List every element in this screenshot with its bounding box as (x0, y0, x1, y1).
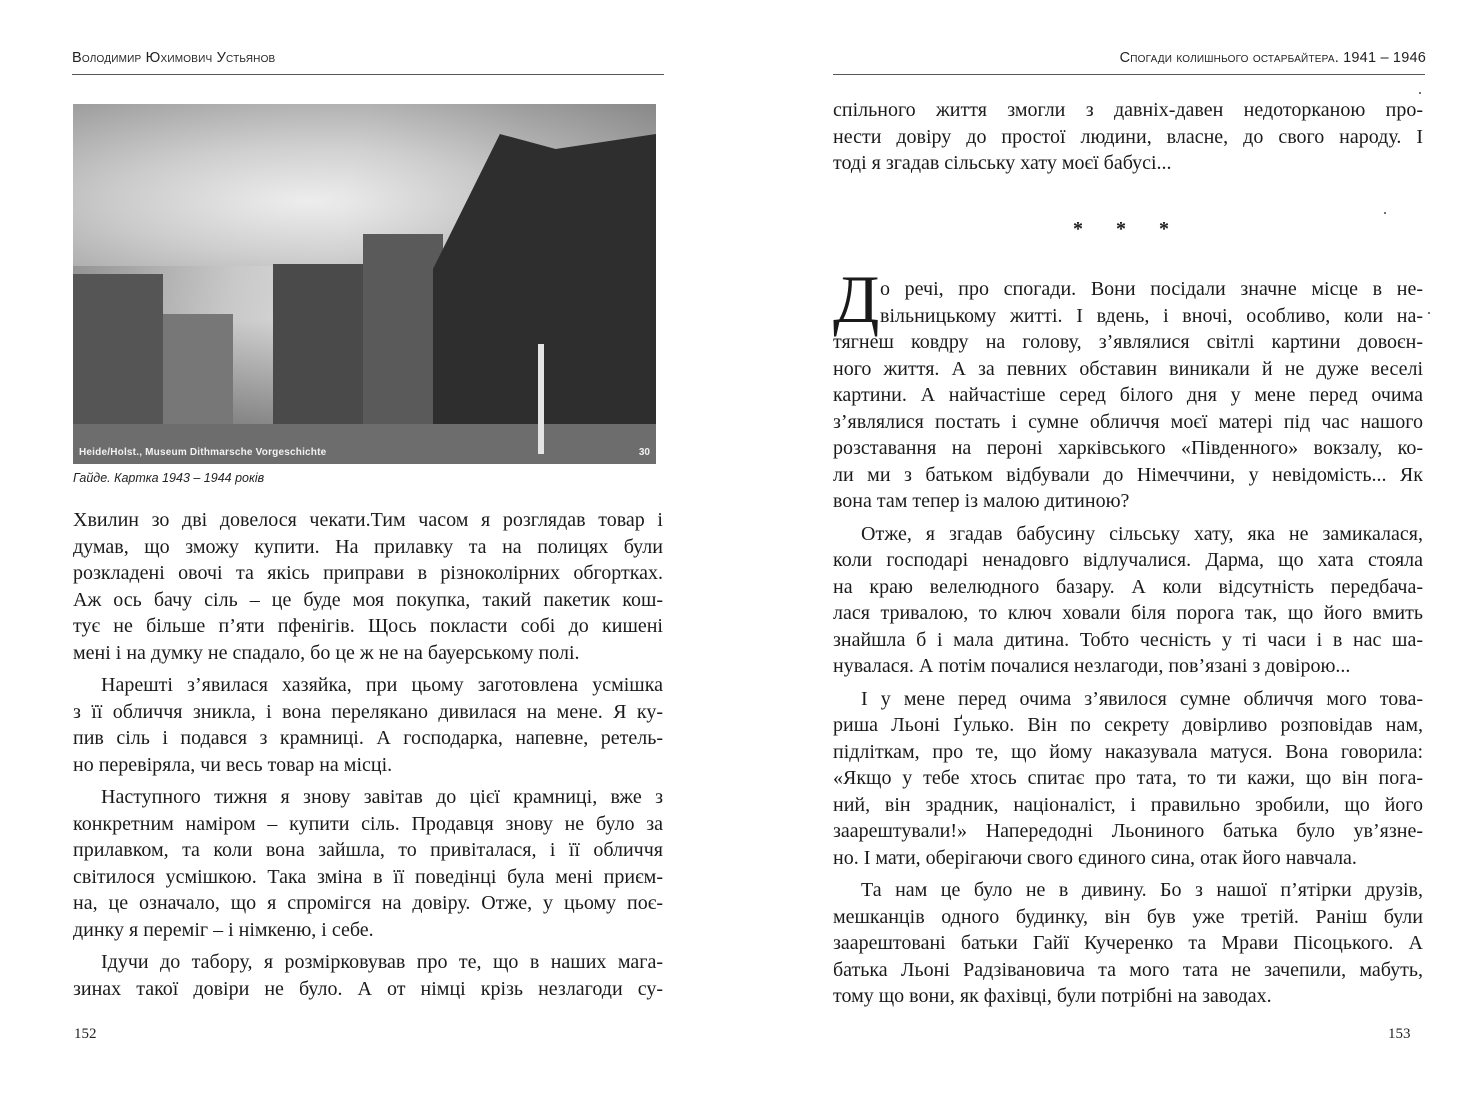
text-line: заарештовані батьки Гайї Кучеренко та Мр… (833, 930, 1423, 957)
paragraph: Нарешті з’явилася хазяйка, при цьому заг… (73, 672, 663, 778)
text-line: Отже, я згадав бабусину сільську хату, я… (833, 521, 1423, 548)
photo-building (163, 314, 233, 434)
header-rule (72, 74, 664, 75)
left-body-text: Хвилин зо дві довелося чекати.Тим часом … (73, 507, 663, 1002)
left-page: Володимир Юхимович Устьянов Heide/Holst.… (0, 0, 738, 1098)
paragraph: Наступного тижня я знову завітав до цієї… (73, 784, 663, 943)
text-line: з її обличчя зникла, і вона перелякано д… (73, 699, 663, 726)
text-line: Та нам це було не в дивину. Бо з нашої п… (833, 877, 1423, 904)
section-break: * * * (833, 218, 1423, 241)
photo-overlay-number: 30 (639, 447, 650, 458)
text-line: заарештували!» Напередодні Льониного бат… (833, 818, 1423, 845)
text-line: конкретним наміром – купити сіль. Продав… (73, 811, 663, 838)
text-line: мені і на думку не спадало, бо це ж не н… (73, 640, 663, 667)
photo-building (73, 274, 163, 434)
photo-overlay-caption: Heide/Holst., Museum Dithmarsche Vorgesc… (79, 447, 326, 458)
paragraph: тягнеш ковдру на голову, з’являлися світ… (833, 329, 1423, 515)
text-line: спільного життя змогли з давніх-давен не… (833, 97, 1423, 124)
text-line: тягнеш ковдру на голову, з’являлися світ… (833, 329, 1423, 356)
page-number: 152 (74, 1026, 97, 1043)
text-line: розставання на пероні харківського «Півд… (833, 435, 1423, 462)
text-line: ного життя. А за певних обставин виникал… (833, 356, 1423, 383)
text-line: розкладені овочі та якісь приправи в різ… (73, 560, 663, 587)
paragraph: І у мене перед очима з’явилося сумне обл… (833, 686, 1423, 872)
text-line: риша Льоні Ґулько. Він по секрету довірл… (833, 712, 1423, 739)
paragraph: Отже, я згадав бабусину сільську хату, я… (833, 521, 1423, 680)
text-line: Наступного тижня я знову завітав до цієї… (73, 784, 663, 811)
photo-building (273, 264, 363, 434)
page-number: 153 (1388, 1026, 1411, 1043)
text-line: пив сіль і подався з крамниці. А господа… (73, 725, 663, 752)
text-line: Нарешті з’явилася хазяйка, при цьому заг… (73, 672, 663, 699)
scan-speck (1428, 312, 1430, 314)
text-line: но. І мати, оберігаючи свого єдиного син… (833, 845, 1423, 872)
scan-speck (1419, 92, 1421, 94)
text-line: ли ми з батьком відбували до Німеччини, … (833, 462, 1423, 489)
text-line: нувалася. А потім почалися незлагоди, по… (833, 653, 1423, 680)
paragraph: Та нам це було не в дивину. Бо з нашої п… (833, 877, 1423, 1010)
photo-street (73, 424, 656, 464)
scan-speck (1384, 212, 1386, 214)
text-line: динку я переміг – і німкеню, і себе. (73, 917, 663, 944)
photo-lamp-post (538, 344, 544, 454)
text-line: но перевіряла, чи весь товар на місці. (73, 752, 663, 779)
text-line: картини. А найчастіше серед білого дня у… (833, 382, 1423, 409)
text-line: Ідучи до табору, я розмірковував про те,… (73, 949, 663, 976)
header-rule (833, 74, 1425, 75)
figure-caption: Гайде. Картка 1943 – 1944 років (73, 471, 264, 485)
text-line: прилавком, та коли вона зайшла, то приві… (73, 837, 663, 864)
text-line: батька Льоні Радзівановича та мого тата … (833, 957, 1423, 984)
text-line: підліткам, про те, що йому наказувала ма… (833, 739, 1423, 766)
text-line: нести довіру до простої людини, власне, … (833, 124, 1423, 151)
text-line: з’являлися постать і сумне обличчя моєї … (833, 409, 1423, 436)
text-line: мешканців одного будинку, він був уже тр… (833, 904, 1423, 931)
photo-building (363, 234, 443, 434)
text-line: тому що вони, як фахівці, були потрібні … (833, 983, 1423, 1010)
text-line: лася тривалою, то ключ ховали біля порог… (833, 600, 1423, 627)
text-line: о речі, про спогади. Вони посідали значн… (833, 276, 1423, 303)
text-line: знайшла б і мала дитина. Тобто чесність … (833, 627, 1423, 654)
right-body-text: тягнеш ковдру на голову, з’являлися світ… (833, 329, 1423, 1010)
right-page: Спогади колишнього остарбайтера. 1941 – … (738, 0, 1476, 1098)
text-line: світилося усмішкою. Така зміна в її пове… (73, 864, 663, 891)
text-line: Аж ось бачу сіль – це буде моя покупка, … (73, 587, 663, 614)
paragraph: Ідучи до табору, я розмірковував про те,… (73, 949, 663, 1002)
text-line: вона там тепер із малою дитиною? (833, 488, 1423, 515)
paragraph: Хвилин зо дві довелося чекати.Тим часом … (73, 507, 663, 666)
running-head-title: Спогади колишнього остарбайтера. 1941 – … (1120, 50, 1426, 66)
text-line: думав, що зможу купити. На прилавку та н… (73, 534, 663, 561)
text-line: ний, він зрадник, націоналіст, і правиль… (833, 792, 1423, 819)
text-line: І у мене перед очима з’явилося сумне обл… (833, 686, 1423, 713)
text-line: зинах такої довіри не було. А от німці к… (73, 976, 663, 1003)
text-line: «Якщо у тебе хтось спитає про тата, то т… (833, 765, 1423, 792)
text-line: на краю велелюдного базару. А коли відсу… (833, 574, 1423, 601)
street-photograph: Heide/Holst., Museum Dithmarsche Vorgesc… (73, 104, 656, 464)
text-line: вільницькому житті. І вдень, і вночі, ос… (833, 303, 1423, 330)
running-head-author: Володимир Юхимович Устьянов (72, 50, 275, 66)
continuation-text: спільного життя змогли з давніх-давен не… (833, 97, 1423, 177)
text-line: Хвилин зо дві довелося чекати.Тим часом … (73, 507, 663, 534)
text-line: тує не більше п’яти пфенігів. Щось покла… (73, 613, 663, 640)
text-line: коли господарі ненадовго відлучалися. Да… (833, 547, 1423, 574)
text-line: тоді я згадав сільську хату моєї бабусі.… (833, 150, 1423, 177)
text-line: на, це означало, що я спромігся на довір… (73, 890, 663, 917)
dropcap-lines: о речі, про спогади. Вони посідали значн… (833, 276, 1423, 329)
